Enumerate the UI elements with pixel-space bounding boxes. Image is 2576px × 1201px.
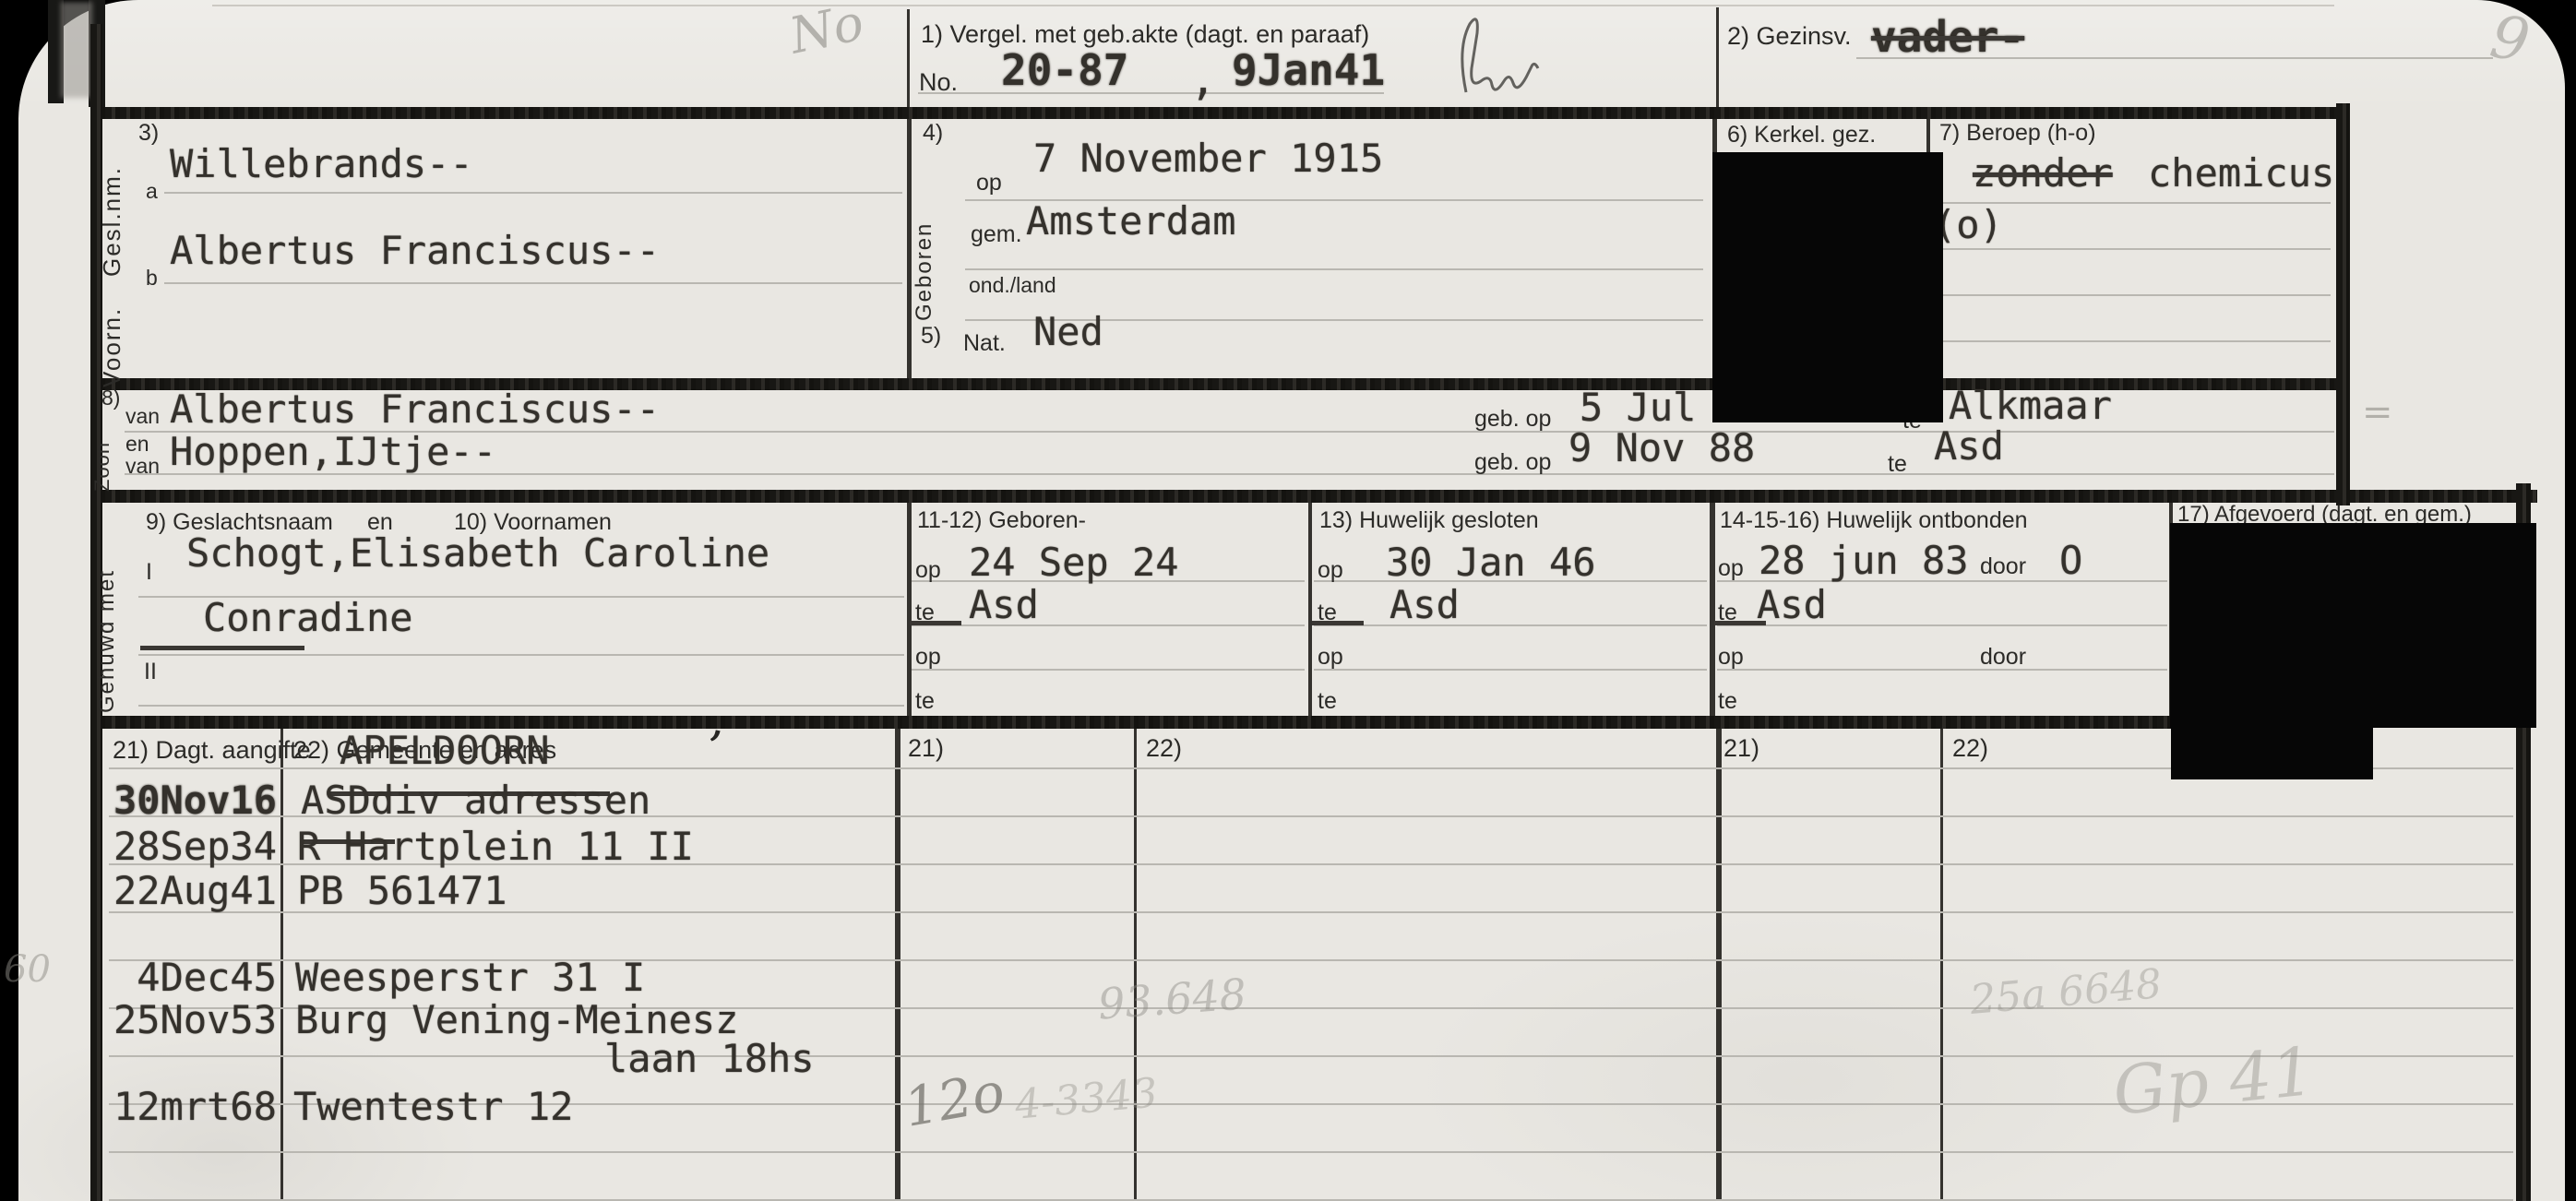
- surname-rotated-label: Gesl.nm.: [98, 129, 126, 277]
- divider: [1716, 7, 1719, 107]
- nat-num: 5): [921, 323, 941, 350]
- divorce-door2: door: [1980, 644, 2026, 671]
- address-date: 22Aug41: [90, 871, 277, 911]
- ruled-line: [109, 1151, 2513, 1153]
- born-te-value: Asd: [969, 585, 1039, 625]
- geb-op2-label: geb. op: [1474, 449, 1551, 476]
- birth-place-value: Amsterdam: [1026, 201, 1236, 242]
- wed-op2: op: [1318, 644, 1343, 671]
- ruled-line: [912, 669, 1305, 671]
- divider: [1308, 503, 1312, 716]
- givenname-value: Albertus Franciscus--: [170, 231, 660, 271]
- address-date: 25Nov53: [90, 1000, 277, 1040]
- akte-number: 20-87: [1001, 48, 1128, 92]
- typed-underline: [140, 646, 304, 650]
- border-h1: [90, 107, 2350, 119]
- divorce-te-value: Asd: [1757, 585, 1827, 625]
- redaction-box-afgevoerd-lower: [2171, 726, 2373, 779]
- marriage-rotated-label: Gehuwd met: [94, 515, 120, 713]
- van2-label: van: [125, 454, 160, 479]
- birth-gem-label: gem.: [971, 221, 1022, 248]
- pencil-number-6: 60: [4, 948, 51, 991]
- akte-date: 9Jan41: [1232, 48, 1385, 92]
- ruled-line: [164, 282, 902, 284]
- divorce-op2: op: [1718, 644, 1744, 671]
- address-date: 28Sep34: [90, 826, 277, 867]
- occupation-struck: zonder: [1973, 153, 2113, 194]
- occupation-note: (o): [1933, 205, 2003, 245]
- born-label: 11-12) Geboren-: [917, 507, 1086, 534]
- birth-num: 4): [923, 120, 943, 147]
- address-row: R Hartplein 11 II: [297, 826, 694, 867]
- ruled-line: [1314, 669, 1707, 671]
- divider: [280, 729, 283, 1201]
- address-row: Burg Vening-Meinesz: [295, 1000, 738, 1040]
- roman-2: II: [144, 659, 157, 685]
- address-row: Twentestr 12: [293, 1087, 573, 1127]
- table-header-22c: 22): [1952, 734, 1988, 763]
- address-date: 30Nov16: [90, 780, 277, 821]
- church-label: 6) Kerkel. gez.: [1727, 122, 1876, 149]
- born-op2: op: [915, 644, 941, 671]
- occupation-value: chemicus: [2148, 153, 2334, 194]
- wed-te: te: [1318, 600, 1337, 626]
- smudge: [61, 2, 92, 98]
- born-op: op: [915, 557, 941, 584]
- divorce-door: door: [1980, 553, 2026, 580]
- address-row-continued: laan 18hs: [604, 1039, 815, 1079]
- mother-birthdate: 9 Nov 88: [1568, 428, 1755, 469]
- nat-value: Ned: [1033, 312, 1103, 352]
- divider: [907, 9, 910, 107]
- occupation-label: 7) Beroep (h-o): [1939, 120, 2096, 147]
- divorce-op-value: 28 jun 83: [1759, 541, 1969, 581]
- born-op-value: 24 Sep 24: [969, 542, 1179, 583]
- ruled-line: [164, 192, 902, 194]
- redaction-box-afgevoerd: [2170, 523, 2536, 728]
- ruled-line: [212, 5, 2334, 6]
- father-birthdate: 5 Jul: [1580, 387, 1696, 428]
- divider: [1940, 729, 1943, 1201]
- nat-label: Nat.: [963, 330, 1006, 357]
- birth-ond-label: ond./land: [969, 273, 1056, 298]
- ruled-line: [1934, 294, 2331, 296]
- divider: [1716, 729, 1722, 1201]
- ruled-line: [965, 268, 1703, 270]
- spouse-name-line1: Schogt,Elisabeth Caroline: [186, 533, 769, 574]
- wed-label: 13) Huwelijk gesloten: [1319, 507, 1539, 534]
- paraaf-signature-mark: [1453, 11, 1582, 103]
- spouse-name-line2: Conradine: [203, 598, 413, 638]
- sub-b: b: [146, 266, 158, 291]
- table-header-21c: 21): [1723, 734, 1759, 763]
- ruled-line: [1717, 669, 2167, 671]
- wed-te-value: Asd: [1389, 585, 1460, 625]
- en-label: en: [125, 432, 149, 457]
- geb-op1-label: geb. op: [1474, 406, 1551, 433]
- divorce-te2: te: [1718, 688, 1737, 715]
- wed-op: op: [1318, 557, 1343, 584]
- border-right-upper: [2336, 103, 2350, 505]
- wed-op-value: 30 Jan 46: [1386, 542, 1596, 583]
- birth-op-label: op: [976, 170, 1002, 196]
- scanned-registration-card: 1) Vergel. met geb.akte (dagt. en paraaf…: [0, 0, 2576, 1201]
- divider: [907, 503, 912, 716]
- father-name: Albertus Franciscus--: [170, 389, 660, 430]
- birth-rotated-label: Geboren: [912, 155, 937, 321]
- surname-value: Willebrands--: [170, 144, 473, 184]
- address-row: ASDdiv adressen: [301, 780, 650, 821]
- table-header-21b: 21): [908, 734, 944, 763]
- address-date: 12mrt68: [90, 1087, 277, 1127]
- van1-label: van: [125, 404, 160, 429]
- born-te2: te: [915, 688, 935, 715]
- gezinsv-value-struck: vader-: [1871, 15, 2024, 59]
- field2-label: 2) Gezinsv.: [1727, 22, 1852, 51]
- divider: [1710, 503, 1715, 716]
- divorce-te: te: [1718, 600, 1737, 626]
- mother-name: Hoppen,IJtje--: [170, 432, 496, 472]
- divorce-label: 14-15-16) Huwelijk ontbonden: [1720, 507, 2028, 534]
- pencil-equals-mark: =: [2362, 391, 2393, 434]
- separator-comma: ,: [1190, 57, 1216, 101]
- divorce-op: op: [1718, 555, 1744, 582]
- border-h4: [90, 716, 2350, 729]
- pencil-number-1: 93.648: [1096, 969, 1247, 1029]
- mother-birthplace: Asd: [1934, 426, 2004, 467]
- te2-label: te: [1888, 451, 1907, 478]
- table-header-22b: 22): [1146, 734, 1182, 763]
- address-date: 4Dec45: [90, 957, 277, 998]
- givenname-rotated-label: Voorn.: [98, 277, 126, 387]
- roman-1: I: [146, 559, 152, 586]
- ruled-line: [1934, 340, 2331, 342]
- sub-a: a: [146, 179, 158, 204]
- address-row: PB 561471: [297, 871, 507, 911]
- wed-te2: te: [1318, 688, 1337, 715]
- no-label: No.: [919, 68, 958, 97]
- divorce-door-value: O: [2059, 541, 2082, 581]
- ruled-line: [138, 654, 904, 656]
- address-row: Weesperstr 31 I: [295, 957, 645, 998]
- parents-rotated-label: Zoon: [90, 404, 114, 492]
- table-header-21a: 21) Dagt. aangifte: [113, 736, 311, 765]
- divider: [895, 729, 900, 1201]
- ruled-line: [1314, 624, 1707, 626]
- ruled-line: [138, 705, 904, 707]
- divider: [1134, 729, 1137, 1201]
- birth-date-value: 7 November 1915: [1033, 138, 1383, 179]
- born-te: te: [915, 600, 935, 626]
- address-row: APELDOORN: [340, 731, 550, 771]
- border-h3: [90, 490, 2537, 503]
- redaction-box-kerkel: [1712, 152, 1943, 422]
- father-birthplace: Alkmaar: [1949, 386, 2112, 426]
- names-num: 3): [138, 120, 159, 147]
- ruled-line: [1934, 248, 2331, 250]
